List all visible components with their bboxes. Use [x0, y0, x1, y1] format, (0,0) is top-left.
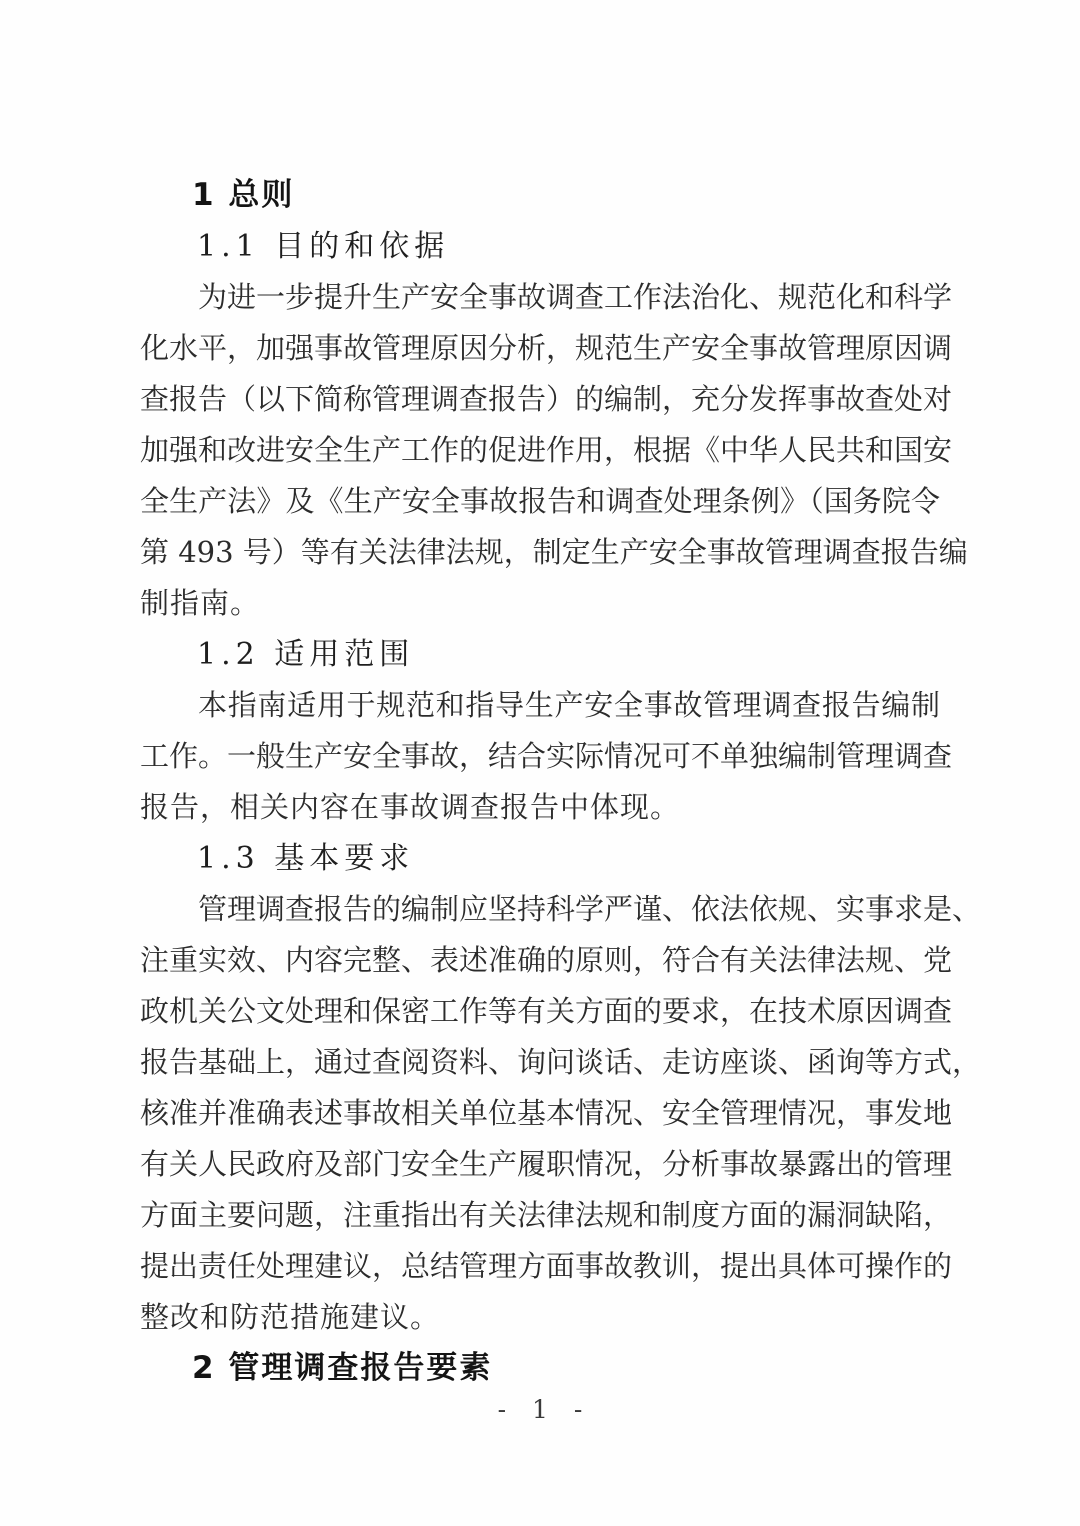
- paragraph-line-para-1-3-3: 政机关公文处理和保密工作等有关方面的要求，在技术原因调查: [140, 986, 940, 1037]
- paragraph-line-para-1-1-1: 为进一步提升生产安全事故调查工作法治化、规范化和科学: [140, 272, 940, 323]
- section-heading-sec-1-2: 1.2 适用范围: [140, 629, 940, 680]
- paragraph-line-para-1-3-7: 方面主要问题，注重指出有关法律法规和制度方面的漏洞缺陷，: [140, 1190, 940, 1241]
- document-page: 1 总则1.1 目的和依据为进一步提升生产安全事故调查工作法治化、规范化和科学化…: [0, 0, 1080, 1526]
- paragraph-line-para-1-1-6: 第 493 号）等有关法律法规，制定生产安全事故管理调查报告编: [140, 527, 940, 578]
- page-footer: - 1 -: [0, 1395, 1080, 1424]
- paragraph-line-para-1-2-3: 报告，相关内容在事故调查报告中体现。: [140, 782, 940, 833]
- page-number: - 1 -: [498, 1395, 583, 1424]
- paragraph-line-para-1-3-6: 有关人民政府及部门安全生产履职情况，分析事故暴露出的管理: [140, 1139, 940, 1190]
- paragraph-line-para-1-1-7: 制指南。: [140, 578, 940, 629]
- paragraph-line-para-1-1-4: 加强和改进安全生产工作的促进作用，根据《中华人民共和国安: [140, 425, 940, 476]
- paragraph-line-para-1-1-3: 查报告（以下简称管理调查报告）的编制，充分发挥事故查处对: [140, 374, 940, 425]
- paragraph-line-para-1-2-2: 工作。一般生产安全事故，结合实际情况可不单独编制管理调查: [140, 731, 940, 782]
- paragraph-line-para-1-3-5: 核准并准确表述事故相关单位基本情况、安全管理情况，事发地: [140, 1088, 940, 1139]
- paragraph-line-para-1-3-8: 提出责任处理建议，总结管理方面事故教训，提出具体可操作的: [140, 1241, 940, 1292]
- section-heading-sec-1-3: 1.3 基本要求: [140, 833, 940, 884]
- section-heading-sec-2: 2 管理调查报告要素: [140, 1343, 940, 1394]
- paragraph-line-para-1-3-2: 注重实效、内容完整、表述准确的原则，符合有关法律法规、党: [140, 935, 940, 986]
- paragraph-line-para-1-3-9: 整改和防范措施建议。: [140, 1292, 940, 1343]
- paragraph-line-para-1-1-2: 化水平，加强事故管理原因分析，规范生产安全事故管理原因调: [140, 323, 940, 374]
- paragraph-line-para-1-3-1: 管理调查报告的编制应坚持科学严谨、依法依规、实事求是、: [140, 884, 940, 935]
- paragraph-line-para-1-3-4: 报告基础上，通过查阅资料、询问谈话、走访座谈、函询等方式，: [140, 1037, 940, 1088]
- section-heading-sec-1: 1 总则: [140, 170, 940, 221]
- paragraph-line-para-1-1-5: 全生产法》及《生产安全事故报告和调查处理条例》（国务院令: [140, 476, 940, 527]
- paragraph-line-para-1-2-1: 本指南适用于规范和指导生产安全事故管理调查报告编制: [140, 680, 940, 731]
- section-heading-sec-1-1: 1.1 目的和依据: [140, 221, 940, 272]
- document-body: 1 总则1.1 目的和依据为进一步提升生产安全事故调查工作法治化、规范化和科学化…: [140, 170, 940, 1394]
